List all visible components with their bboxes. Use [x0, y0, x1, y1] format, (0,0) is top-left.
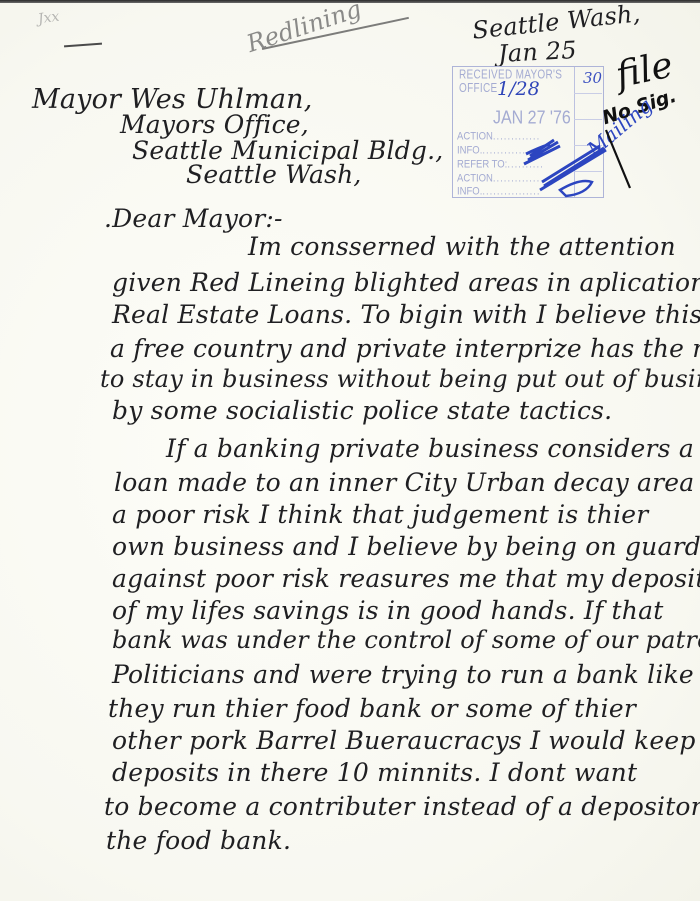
letter-date: Jan 25: [497, 36, 577, 68]
body-line: to stay in business without being put ou…: [100, 365, 700, 393]
stamp-row-action: ACTION.............: [457, 130, 571, 143]
stamp-row-label: ACTION: [457, 172, 493, 185]
address-line-office: Mayors Office,: [120, 110, 309, 139]
body-line: bank was under the control of some of ou…: [112, 626, 700, 654]
body-line: a free country and private interprize ha…: [110, 334, 700, 363]
stamp-row-info-2: INFO.................: [457, 185, 571, 198]
stamp-row-label: INFO.: [457, 144, 482, 157]
stamp-handwritten-date: 1/28: [497, 78, 540, 100]
body-line: against poor risk reasures me that my de…: [112, 564, 700, 593]
stamp-row-label: REFER TO:: [457, 158, 507, 171]
body-line: Im consserned with the attention: [248, 232, 676, 261]
body-line: of my lifes savings is in good hands. If…: [112, 596, 663, 625]
stamp-row-label: INFO.: [457, 185, 482, 198]
stamp-row-info: INFO.................: [457, 144, 571, 157]
stamp-cell-divider: [574, 119, 602, 120]
stamp-cell-divider: [574, 171, 602, 172]
body-line: Politicians and were trying to run a ban…: [112, 660, 694, 689]
body-line: they run thier food bank or some of thie…: [108, 694, 636, 723]
stamp-column-divider: [574, 67, 575, 197]
body-line: given Red Lineing blighted areas in apli…: [112, 268, 700, 297]
stamp-row-label: ACTION: [457, 130, 493, 143]
faint-margin-scribble: Jxx: [37, 9, 60, 28]
salutation: .Dear Mayor:-: [104, 204, 283, 233]
body-line: deposits in there 10 minnits. I dont wan…: [112, 758, 637, 787]
body-line: to become a contributer instead of a dep…: [104, 792, 700, 821]
body-line: loan made to an inner City Urban decay a…: [114, 468, 694, 497]
address-line-city: Seattle Wash,: [186, 160, 362, 189]
body-line: the food bank.: [106, 826, 291, 855]
stamp-row-refer-to: REFER TO:..........: [457, 158, 571, 171]
stamp-row-action-2: ACTION.............: [457, 172, 571, 185]
stamp-cell-divider: [574, 93, 602, 94]
body-line: Real Estate Loans. To bigin with I belie…: [112, 300, 700, 329]
body-line: If a banking private business considers …: [166, 434, 694, 463]
body-line: other pork Barrel Bueraucracys I would k…: [112, 726, 700, 755]
stamp-number: 30: [583, 69, 602, 87]
body-line: by some socialistic police state tactics…: [112, 396, 612, 425]
stamp-date: JAN 27 '76: [493, 109, 571, 130]
body-line: a poor risk I think that judgement is th…: [112, 500, 648, 529]
body-line: own business and I believe by being on g…: [112, 532, 700, 561]
